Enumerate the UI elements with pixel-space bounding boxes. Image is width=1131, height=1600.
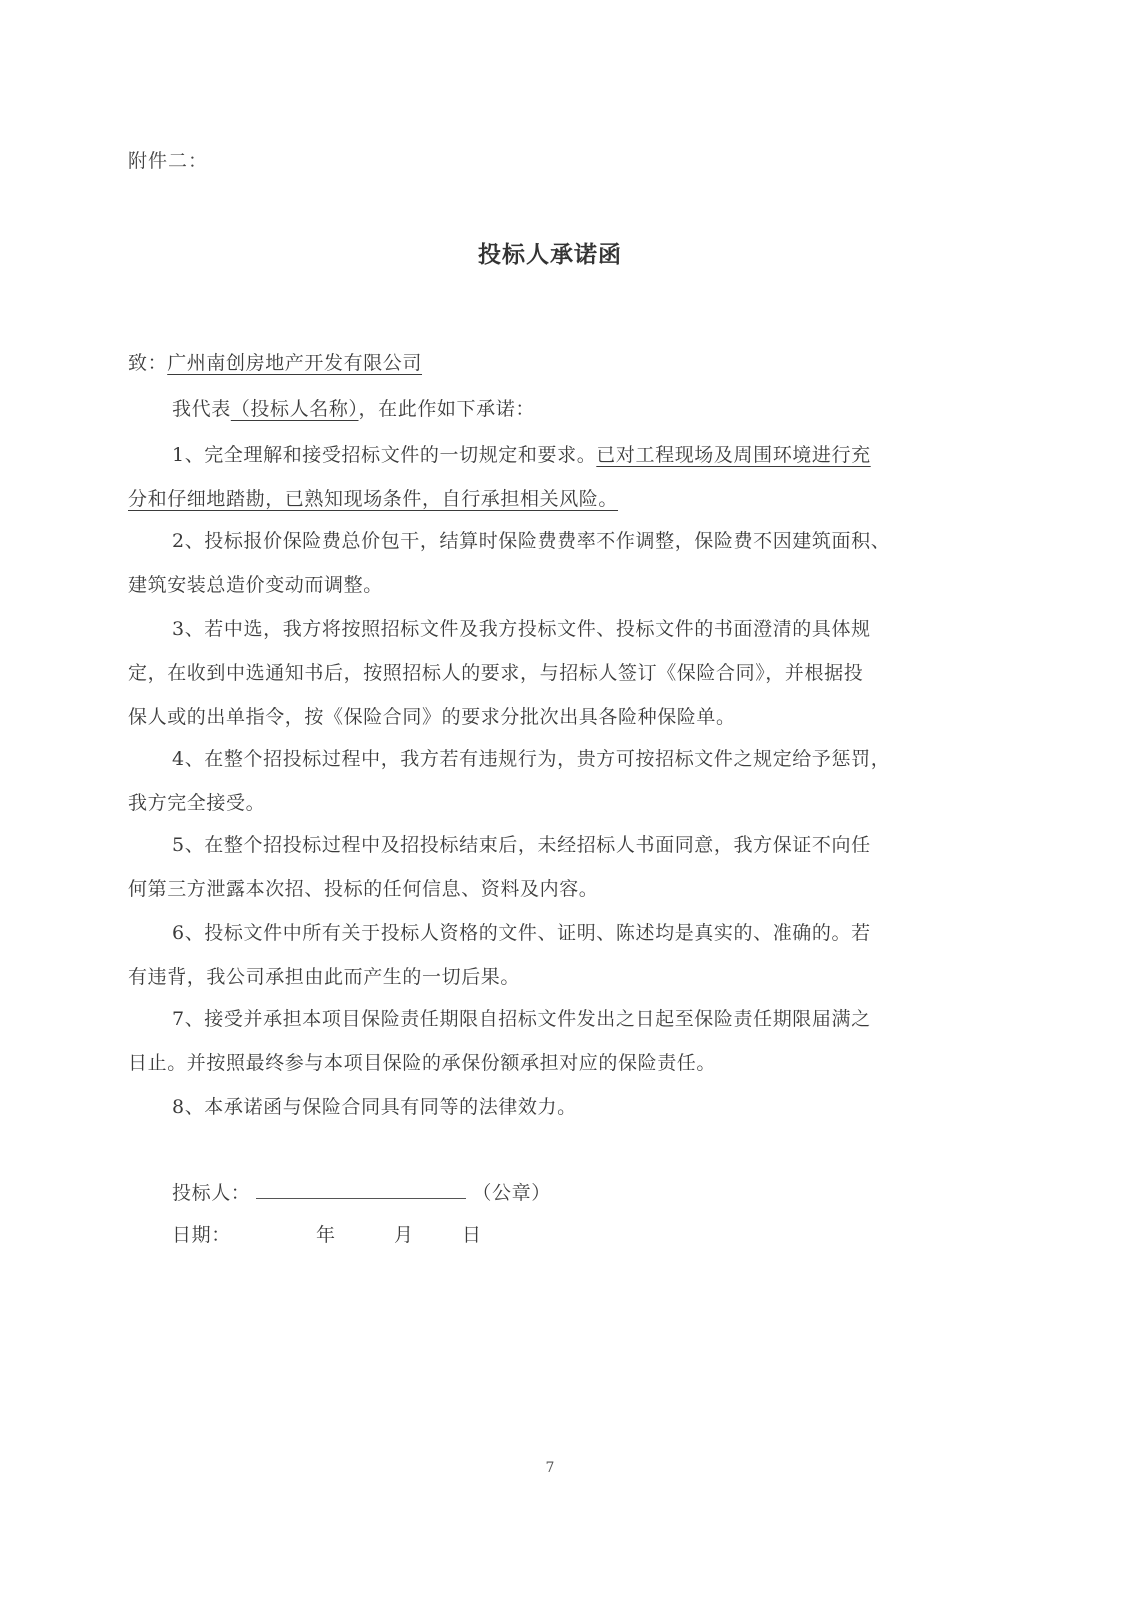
item-1-text: 1、完全理解和接受招标文件的一切规定和要求。: [172, 444, 596, 466]
commitment-item-3-line-1: 3、若中选，我方将按照招标文件及我方投标文件、投标文件的书面澄清的具体规: [172, 614, 871, 641]
attachment-label: 附件二：: [128, 146, 208, 173]
page-title: 投标人承诺函: [0, 236, 1100, 269]
bidder-signature-line: 投标人：（公章）: [172, 1178, 551, 1205]
bidder-label: 投标人：: [172, 1182, 250, 1204]
commitment-item-1-line-2: 分和仔细地踏勘，已熟知现场条件，自行承担相关风险。: [128, 484, 618, 511]
addressee-name: 广州南创房地产开发有限公司: [167, 352, 422, 374]
bidder-name-placeholder: （投标人名称）: [231, 398, 359, 420]
commitment-item-3-line-2: 定，在收到中选通知书后，按照招标人的要求，与招标人签订《保险合同》，并根据投: [128, 658, 863, 685]
date-line: 日期：: [172, 1220, 231, 1247]
commitment-item-3-line-3: 保人或的出单指令，按《保险合同》的要求分批次出具各险种保险单。: [128, 702, 736, 729]
seal-label: （公章）: [472, 1182, 550, 1204]
date-month-label: 月: [394, 1220, 414, 1247]
commitment-item-5-line-2: 何第三方泄露本次招、投标的任何信息、资料及内容。: [128, 874, 598, 901]
commitment-item-1-line-1: 1、完全理解和接受招标文件的一切规定和要求。已对工程现场及周围环境进行充: [172, 440, 871, 467]
commitment-item-5-line-1: 5、在整个招投标过程中及招投标结束后，未经招标人书面同意，我方保证不向任: [172, 830, 871, 857]
intro-line: 我代表（投标人名称），在此作如下承诺：: [172, 394, 535, 421]
page-number: 7: [0, 1460, 1100, 1476]
commitment-item-4-line-2: 我方完全接受。: [128, 788, 265, 815]
addressee-line: 致：广州南创房地产开发有限公司: [128, 348, 422, 375]
intro-prefix: 我代表: [172, 398, 231, 420]
item-1-underlined-text: 已对工程现场及周围环境进行充: [596, 444, 870, 466]
date-year-label: 年: [316, 1220, 336, 1247]
commitment-item-7-line-1: 7、接受并承担本项目保险责任期限自招标文件发出之日起至保险责任期限届满之: [172, 1004, 871, 1031]
date-label: 日期：: [172, 1224, 231, 1246]
commitment-item-6-line-2: 有违背，我公司承担由此而产生的一切后果。: [128, 962, 520, 989]
commitment-item-7-line-2: 日止。并按照最终参与本项目保险的承保份额承担对应的保险责任。: [128, 1048, 716, 1075]
intro-suffix: ，在此作如下承诺：: [359, 398, 535, 420]
commitment-item-6-line-1: 6、投标文件中所有关于投标人资格的文件、证明、陈述均是真实的、准确的。若: [172, 918, 871, 945]
commitment-item-2-line-1: 2、投标报价保险费总价包干，结算时保险费费率不作调整，保险费不因建筑面积、: [172, 526, 890, 553]
bidder-signature-blank[interactable]: [256, 1180, 466, 1199]
addressee-prefix: 致：: [128, 352, 167, 374]
commitment-item-2-line-2: 建筑安装总造价变动而调整。: [128, 570, 383, 597]
commitment-item-4-line-1: 4、在整个招投标过程中，我方若有违规行为，贵方可按招标文件之规定给予惩罚，: [172, 744, 890, 771]
date-day-label: 日: [462, 1220, 482, 1247]
commitment-item-8-line-1: 8、本承诺函与保险合同具有同等的法律效力。: [172, 1092, 577, 1119]
